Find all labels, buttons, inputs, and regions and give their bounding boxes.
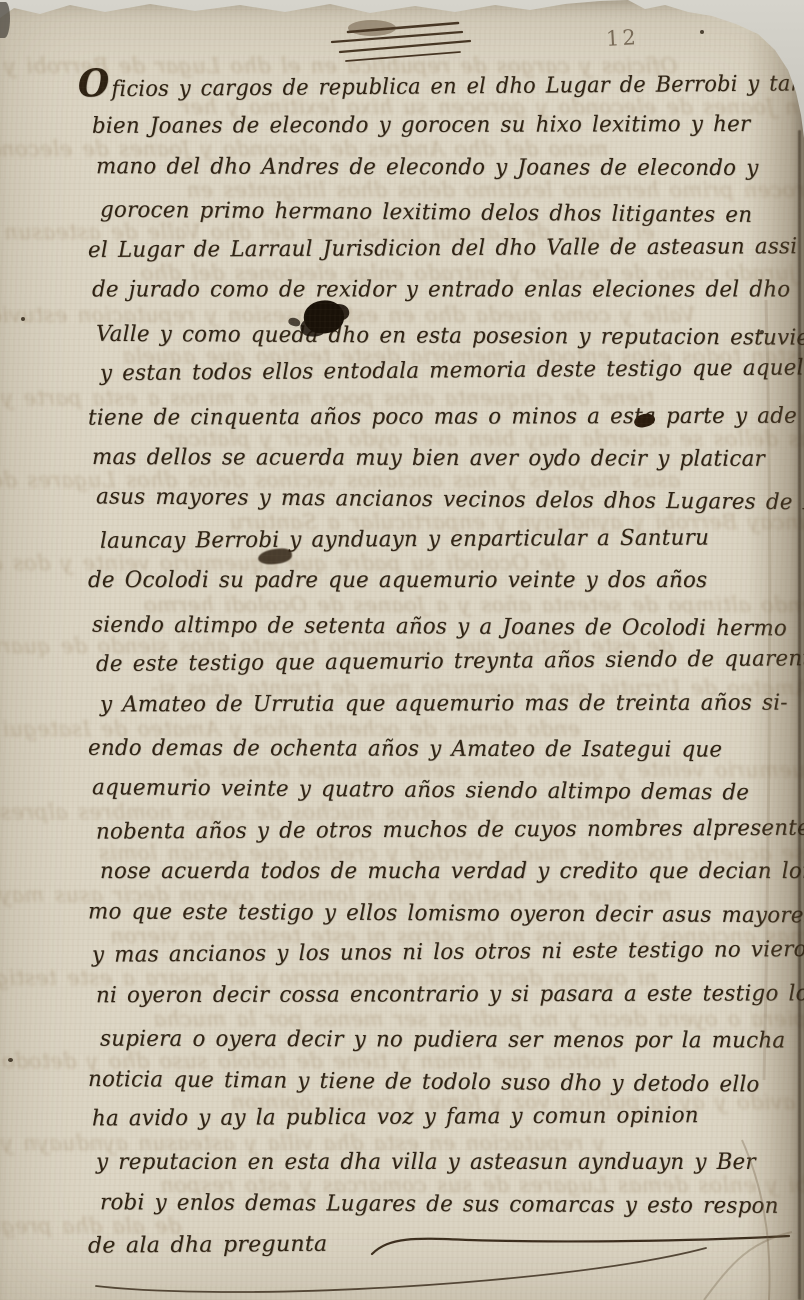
ink-speck <box>8 1058 13 1062</box>
manuscript-line: nobenta años y de otros muchos de cuyos … <box>96 808 729 853</box>
manuscript-line: y Amateo de Urrutia que aquemurio mas de… <box>100 682 729 725</box>
manuscript-line: nose acuerda todos de mucha verdad y cre… <box>100 851 729 892</box>
manuscript-line: tiene de cinquenta años poco mas o minos… <box>88 395 728 438</box>
page-number: 12 <box>605 25 639 51</box>
manuscript-line: endo demas de ochenta años y Amateo de I… <box>88 728 728 771</box>
manuscript-line: y reputacion en esta dha villa y asteasu… <box>96 1142 728 1183</box>
manuscript-line: mo que este testigo y ellos lomismo oyer… <box>88 891 728 936</box>
manuscript-line: de jurado como de rexidor y entrado enla… <box>92 270 728 311</box>
manuscript-text: Oficios y cargos de republica en el dho … <box>92 64 750 1266</box>
strikeout-marks <box>318 18 486 70</box>
manuscript-line: mano del dho Andres de elecondo y Joanes… <box>96 146 729 189</box>
manuscript-line: de ala dha pregunta <box>88 1221 750 1268</box>
manuscript-line: de este testigo que aquemurio treynta añ… <box>96 639 729 686</box>
manuscript-line: bien Joanes de elecondo y gorocen su hix… <box>92 105 728 148</box>
manuscript-line: asus mayores y mas ancianos vecinos delo… <box>96 477 729 524</box>
manuscript-scan: Oficios y cargos de republica en el dho … <box>0 0 804 1300</box>
manuscript-line: aquemurio veinte y quatro años siendo al… <box>92 768 729 815</box>
ink-speck <box>760 330 764 334</box>
manuscript-line: y mas ancianos y los unos ni los otros n… <box>92 930 729 977</box>
manuscript-line: supiera o oyera decir y no pudiera ser m… <box>100 1019 729 1062</box>
ink-speck <box>700 30 704 34</box>
manuscript-line: el Lugar de Larraul Jurisdicion del dho … <box>88 226 728 271</box>
ink-speck <box>21 317 25 321</box>
manuscript-line: ha avido y ay la publica voz y fama y co… <box>92 1095 728 1140</box>
manuscript-line: ni oyeron decir cossa encontrario y si p… <box>96 973 729 1016</box>
manuscript-line: mas dellos se acuerda muy bien aver oydo… <box>92 437 728 480</box>
manuscript-page: Oficios y cargos de republica en el dho … <box>0 0 804 1300</box>
manuscript-line: launcay Berrobi y aynduayn y enparticula… <box>100 517 729 562</box>
manuscript-line: y estan todos ellos entodala memoria des… <box>100 348 729 395</box>
manuscript-line: de Ocolodi su padre que aquemurio veinte… <box>88 560 728 601</box>
manuscript-line: robi y enlos demas Lugares de sus comarc… <box>100 1182 729 1227</box>
